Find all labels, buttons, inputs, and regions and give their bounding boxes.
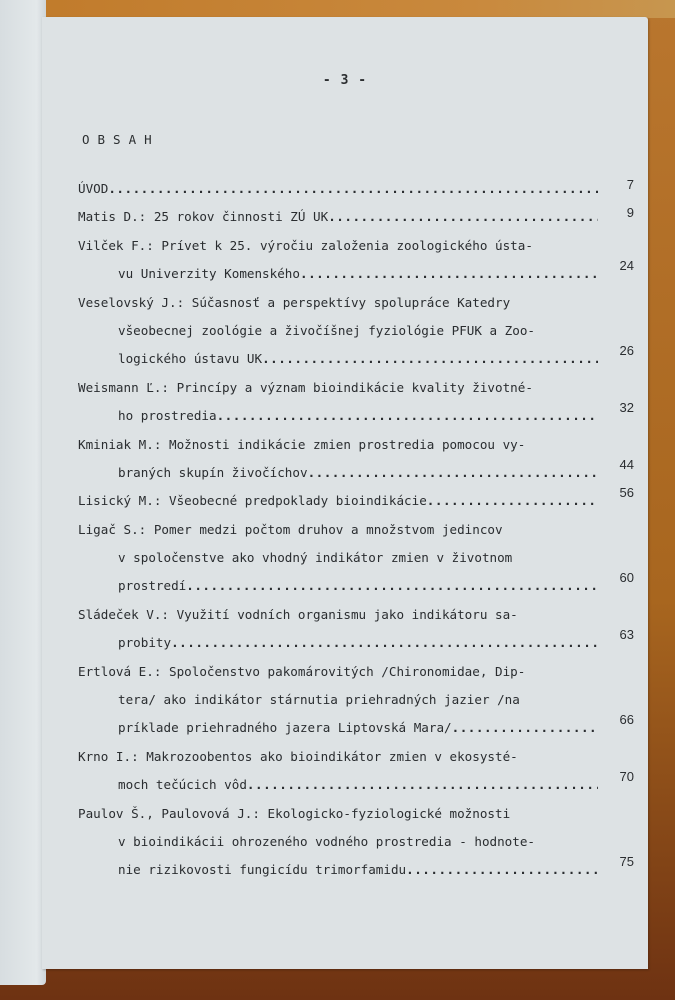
toc-text: nie rizikovosti fungicídu trimorfamidu (118, 862, 406, 877)
toc-line: Paulov Š., Paulovová J.: Ekologicko-fyzi… (78, 800, 638, 828)
toc-line: Veselovský J.: Súčasnosť a perspektívy s… (78, 289, 638, 317)
toc-text: Sládeček V.: Využití vodních organismu j… (78, 607, 518, 622)
toc-text: logického ústavu UK (118, 351, 262, 366)
toc-line: vu Univerzity Komenského ...............… (78, 260, 638, 288)
facing-page-edge (0, 0, 46, 985)
toc-text: ÚVOD (78, 181, 108, 196)
toc-entry: Veselovský J.: Súčasnosť a perspektívy s… (78, 289, 638, 374)
page-title: OBSAH (82, 132, 160, 147)
page-ref: 63 (620, 621, 634, 649)
page-ref: 26 (620, 337, 634, 365)
toc-line: v bioindikácii ohrozeného vodného prostr… (78, 828, 638, 856)
dot-leader: ........................................… (406, 856, 598, 884)
toc-entry: Vilček F.: Prívet k 25. výročiu založeni… (78, 232, 638, 289)
dot-leader: ........................................… (427, 487, 598, 515)
toc-line: Vilček F.: Prívet k 25. výročiu založeni… (78, 232, 638, 260)
page-number: - 3 - (42, 73, 648, 88)
toc-text: braných skupín živočíchov (118, 465, 308, 480)
dot-leader: ........................................… (186, 572, 598, 600)
toc-entry: Weismann Ľ.: Princípy a význam bioindiká… (78, 374, 638, 431)
toc-text: všeobecnej zoológie a živočíšnej fyzioló… (118, 323, 535, 338)
toc-text: Krno I.: Makrozoobentos ako bioindikátor… (78, 749, 518, 764)
toc-line: logického ústavu UK ....................… (78, 345, 638, 373)
toc-text: vu Univerzity Komenského (118, 266, 300, 281)
toc-line: Ertlová E.: Spoločenstvo pakomárovitých … (78, 658, 638, 686)
toc-line: v spoločenstve ako vhodný indikátor zmie… (78, 544, 638, 572)
dot-leader: ........................................… (308, 459, 598, 487)
page-ref: 66 (620, 706, 634, 734)
dot-leader: ........................................… (217, 402, 598, 430)
dot-leader: ........................................… (300, 260, 598, 288)
toc-entry: ÚVOD ...................................… (78, 175, 638, 203)
toc-text: moch tečúcich vôd (118, 777, 247, 792)
toc-line: Weismann Ľ.: Princípy a význam bioindiká… (78, 374, 638, 402)
toc-entry: Paulov Š., Paulovová J.: Ekologicko-fyzi… (78, 800, 638, 885)
toc-line: braných skupín živočíchov ..............… (78, 459, 638, 487)
dot-leader: ........................................… (262, 345, 598, 373)
toc-line: ho prostredia ..........................… (78, 402, 638, 430)
toc-line: moch tečúcich vôd ......................… (78, 771, 638, 799)
toc-text: Lisický M.: Všeobecné predpoklady bioind… (78, 493, 427, 508)
toc-line: probity ................................… (78, 629, 638, 657)
toc-text: Paulov Š., Paulovová J.: Ekologicko-fyzi… (78, 806, 510, 821)
toc-text: Veselovský J.: Súčasnosť a perspektívy s… (78, 295, 510, 310)
toc-line: Ligač S.: Pomer medzi počtom druhov a mn… (78, 516, 638, 544)
toc-text: prostredí (118, 578, 186, 593)
toc-text: Ligač S.: Pomer medzi počtom druhov a mn… (78, 522, 503, 537)
toc-line: príklade priehradného jazera Liptovská M… (78, 714, 638, 742)
toc-text: Vilček F.: Prívet k 25. výročiu založeni… (78, 238, 533, 253)
dot-leader: ........................................… (247, 771, 598, 799)
dot-leader: ........................................… (171, 629, 598, 657)
toc-line: Lisický M.: Všeobecné predpoklady bioind… (78, 487, 638, 515)
dot-leader: ........................................… (452, 714, 598, 742)
page-ref: 9 (627, 199, 634, 227)
toc-line: tera/ ako indikátor stárnutia priehradný… (78, 686, 638, 714)
table-of-contents: ÚVOD ...................................… (78, 175, 638, 885)
page-ref: 24 (620, 252, 634, 280)
toc-entry: Sládeček V.: Využití vodních organismu j… (78, 601, 638, 658)
toc-text: probity (118, 635, 171, 650)
toc-entry: Ligač S.: Pomer medzi počtom druhov a mn… (78, 516, 638, 601)
toc-text: ho prostredia (118, 408, 217, 423)
toc-entry: Ertlová E.: Spoločenstvo pakomárovitých … (78, 658, 638, 743)
toc-line: nie rizikovosti fungicídu trimorfamidu .… (78, 856, 638, 884)
toc-entry: Kminiak M.: Možnosti indikácie zmien pro… (78, 431, 638, 488)
toc-line: Kminiak M.: Možnosti indikácie zmien pro… (78, 431, 638, 459)
toc-entry: Matis D.: 25 rokov činnosti ZÚ UK ......… (78, 203, 638, 231)
page-ref: 44 (620, 451, 634, 479)
toc-text: v spoločenstve ako vhodný indikátor zmie… (118, 550, 512, 565)
page-ref: 70 (620, 763, 634, 791)
toc-text: Kminiak M.: Možnosti indikácie zmien pro… (78, 437, 525, 452)
toc-line: ÚVOD ...................................… (78, 175, 638, 203)
toc-text: Weismann Ľ.: Princípy a význam bioindiká… (78, 380, 533, 395)
toc-text: Ertlová E.: Spoločenstvo pakomárovitých … (78, 664, 525, 679)
toc-line: Matis D.: 25 rokov činnosti ZÚ UK ......… (78, 203, 638, 231)
toc-text: v bioindikácii ohrozeného vodného prostr… (118, 834, 535, 849)
page-ref: 7 (627, 171, 634, 199)
toc-entry: Krno I.: Makrozoobentos ako bioindikátor… (78, 743, 638, 800)
toc-entry: Lisický M.: Všeobecné predpoklady bioind… (78, 487, 638, 515)
toc-line: Sládeček V.: Využití vodních organismu j… (78, 601, 638, 629)
toc-line: všeobecnej zoológie a živočíšnej fyzioló… (78, 317, 638, 345)
toc-text: Matis D.: 25 rokov činnosti ZÚ UK (78, 209, 328, 224)
page-ref: 75 (620, 848, 634, 876)
toc-line: prostredí ..............................… (78, 572, 638, 600)
toc-text: tera/ ako indikátor stárnutia priehradný… (118, 692, 520, 707)
desk-background (0, 0, 675, 18)
toc-text: príklade priehradného jazera Liptovská M… (118, 720, 452, 735)
page-ref: 32 (620, 394, 634, 422)
page-ref: 56 (620, 479, 634, 507)
dot-leader: ........................................… (108, 175, 598, 203)
document-page: - 3 - OBSAH ÚVOD .......................… (42, 17, 648, 969)
dot-leader: ........................................… (328, 203, 598, 231)
toc-line: Krno I.: Makrozoobentos ako bioindikátor… (78, 743, 638, 771)
page-ref: 60 (620, 564, 634, 592)
